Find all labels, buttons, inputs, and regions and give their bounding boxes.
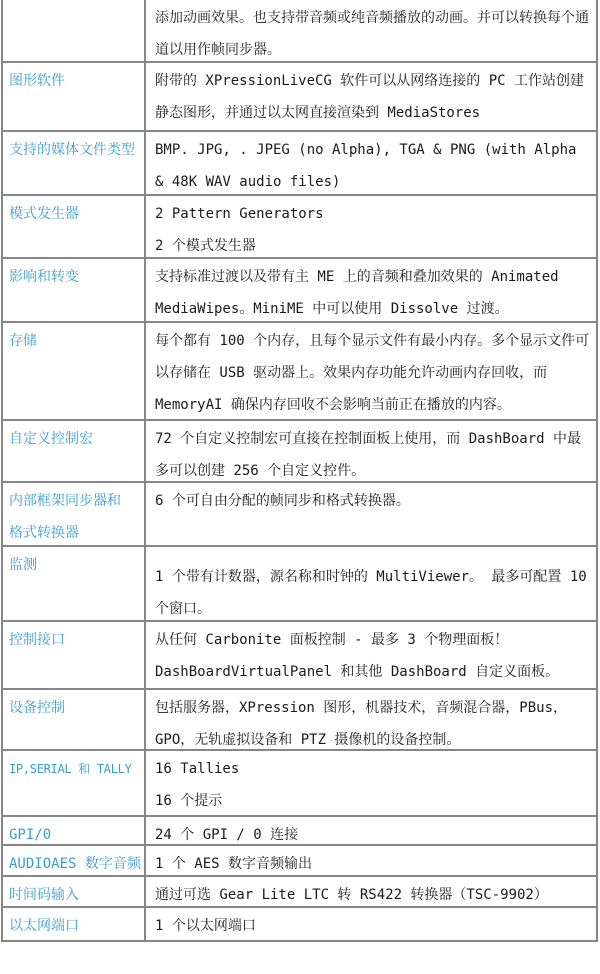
table-row: 图形软件附带的 XPressionLiveCG 软件可以从网络连接的 PC 工作… (3, 63, 596, 132)
table-row: 影响和转变支持标准过渡以及带有主 ME 上的音频和叠加效果的 Animated … (3, 259, 596, 323)
spec-value-line: 72 个自定义控制宏可直接在控制面板上使用，而 DashBoard 中最多可以创… (155, 423, 590, 481)
spec-label: 图形软件 (3, 63, 146, 130)
spec-label: 内部框架同步器和 格式转换器 (3, 483, 146, 545)
spec-table: 添加动画效果。也支持带音频或纯音频播放的动画。并可以转换每个通道以用作帧同步器。… (1, 0, 598, 942)
spec-value-line: 2 个模式发生器 (155, 230, 590, 257)
spec-value-line: 1 个以太网端口 (155, 910, 590, 940)
spec-label: 以太网端口 (3, 908, 146, 940)
spec-value-line: 支持标准过渡以及带有主 ME 上的音频和叠加效果的 Animated Media… (155, 261, 590, 321)
spec-label: 监测 (3, 547, 146, 620)
spec-value: 每个都有 100 个内存，且每个显示文件有最小内存。多个显示文件可以存储在 US… (146, 323, 596, 419)
spec-value: 1 个 AES 数字音频输出 (146, 846, 596, 875)
spec-label: 支持的媒体文件类型 (3, 132, 146, 194)
spec-label: AUDIOAES 数字音频 (3, 846, 146, 875)
spec-value: 通过可选 Gear Lite LTC 转 RS422 转换器（TSC-9902） (146, 877, 596, 906)
spec-value: 添加动画效果。也支持带音频或纯音频播放的动画。并可以转换每个通道以用作帧同步器。 (146, 0, 596, 61)
spec-value-line: 1 个 AES 数字音频输出 (155, 848, 590, 875)
spec-label: 时间码输入 (3, 877, 146, 906)
spec-value: 2 Pattern Generators2 个模式发生器 (146, 196, 596, 257)
table-row: 设备控制包括服务器，XPression 图形，机器技术，音频混合器，PBus，G… (3, 690, 596, 751)
spec-value: 从任何 Carbonite 面板控制 - 最多 3 个物理面板！DashBoar… (146, 622, 596, 688)
table-row: GPI/024 个 GPI / 0 连接 (3, 817, 596, 846)
spec-label: 模式发生器 (3, 196, 146, 257)
spec-value-line: 16 Tallies (155, 753, 590, 785)
table-row: IP,SERIAL 和 TALLY16 Tallies16 个提示 (3, 751, 596, 817)
spec-value-line: 16 个提示 (155, 785, 590, 815)
spec-label: 设备控制 (3, 690, 146, 749)
spec-value-line: 通过可选 Gear Lite LTC 转 RS422 转换器（TSC-9902） (155, 879, 590, 906)
spec-value: 1 个以太网端口 (146, 908, 596, 940)
spec-label: 存储 (3, 323, 146, 419)
spec-value: 72 个自定义控制宏可直接在控制面板上使用，而 DashBoard 中最多可以创… (146, 421, 596, 481)
spec-value: 6 个可自由分配的帧同步和格式转换器。 (146, 483, 596, 545)
spec-label: 控制接口 (3, 622, 146, 688)
table-row: 自定义控制宏72 个自定义控制宏可直接在控制面板上使用，而 DashBoard … (3, 421, 596, 483)
spec-value-line: 6 个可自由分配的帧同步和格式转换器。 (155, 485, 590, 517)
spec-value-line: 1 个带有计数器，源名称和时钟的 MultiViewer。 最多可配置 10 个… (155, 561, 590, 620)
document-page: 添加动画效果。也支持带音频或纯音频播放的动画。并可以转换每个通道以用作帧同步器。… (0, 0, 600, 974)
spec-value-line: 2 Pattern Generators (155, 198, 590, 230)
table-row: 监测1 个带有计数器，源名称和时钟的 MultiViewer。 最多可配置 10… (3, 547, 596, 622)
spec-value: BMP. JPG, . JPEG (no Alpha), TGA & PNG (… (146, 132, 596, 194)
spec-value: 支持标准过渡以及带有主 ME 上的音频和叠加效果的 Animated Media… (146, 259, 596, 321)
table-row: 存储每个都有 100 个内存，且每个显示文件有最小内存。多个显示文件可以存储在 … (3, 323, 596, 421)
spec-label: IP,SERIAL 和 TALLY (3, 751, 146, 815)
spec-value-line: 附带的 XPressionLiveCG 软件可以从网络连接的 PC 工作站创建静… (155, 65, 590, 129)
spec-value-line: DashBoardVirtualPanel 和其他 DashBoard 自定义面… (155, 656, 590, 688)
spec-label: GPI/0 (3, 817, 146, 844)
table-row: 内部框架同步器和 格式转换器6 个可自由分配的帧同步和格式转换器。 (3, 483, 596, 547)
spec-value-line: 从任何 Carbonite 面板控制 - 最多 3 个物理面板！ (155, 624, 590, 656)
table-row: 模式发生器2 Pattern Generators2 个模式发生器 (3, 196, 596, 259)
table-row: 时间码输入通过可选 Gear Lite LTC 转 RS422 转换器（TSC-… (3, 877, 596, 908)
spec-value: 附带的 XPressionLiveCG 软件可以从网络连接的 PC 工作站创建静… (146, 63, 596, 130)
spec-value-line: 包括服务器，XPression 图形，机器技术，音频混合器，PBus，GPO，无… (155, 692, 590, 749)
spec-value: 1 个带有计数器，源名称和时钟的 MultiViewer。 最多可配置 10 个… (146, 547, 596, 620)
spec-label (3, 0, 146, 61)
table-row: 支持的媒体文件类型BMP. JPG, . JPEG (no Alpha), TG… (3, 132, 596, 196)
spec-value: 24 个 GPI / 0 连接 (146, 817, 596, 844)
spec-value-line: 每个都有 100 个内存，且每个显示文件有最小内存。多个显示文件可以存储在 US… (155, 325, 590, 419)
spec-value-line: BMP. JPG, . JPEG (no Alpha), TGA & PNG (… (155, 134, 590, 194)
spec-value: 16 Tallies16 个提示 (146, 751, 596, 815)
table-row: 添加动画效果。也支持带音频或纯音频播放的动画。并可以转换每个通道以用作帧同步器。 (3, 0, 596, 63)
table-row: 控制接口从任何 Carbonite 面板控制 - 最多 3 个物理面板！Dash… (3, 622, 596, 690)
spec-label: 自定义控制宏 (3, 421, 146, 481)
spec-label: 影响和转变 (3, 259, 146, 321)
spec-value-line: 添加动画效果。也支持带音频或纯音频播放的动画。并可以转换每个通道以用作帧同步器。 (155, 2, 590, 61)
spec-value-line: 24 个 GPI / 0 连接 (155, 819, 590, 844)
spec-value: 包括服务器，XPression 图形，机器技术，音频混合器，PBus，GPO，无… (146, 690, 596, 749)
table-row: 以太网端口1 个以太网端口 (3, 908, 596, 940)
table-row: AUDIOAES 数字音频1 个 AES 数字音频输出 (3, 846, 596, 877)
